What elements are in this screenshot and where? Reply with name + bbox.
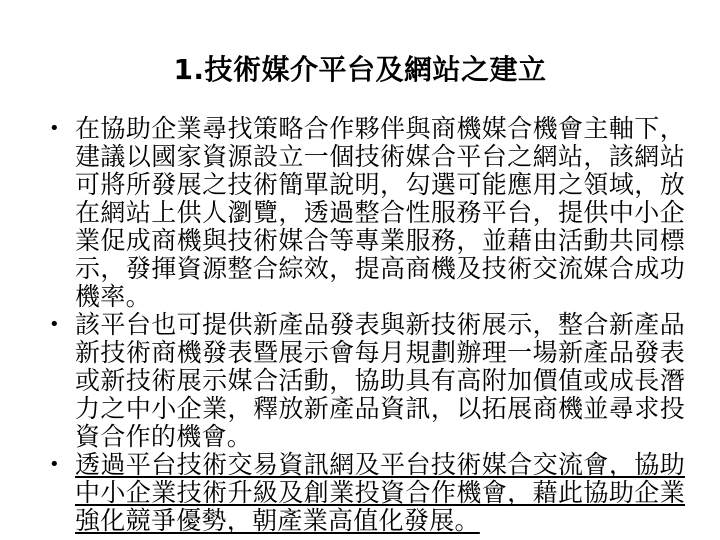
slide-title: 1.技術媒介平台及網站之建立 <box>0 0 720 88</box>
bullet-list: • 在協助企業尋找策略合作夥伴與商機媒合機會主軸下，建議以國家資源設立一個技術媒… <box>0 115 685 535</box>
bullet-icon: • <box>49 115 60 143</box>
slide: 1.技術媒介平台及網站之建立 • 在協助企業尋找策略合作夥伴與商機媒合機會主軸下… <box>0 0 720 540</box>
bullet-item: • 在協助企業尋找策略合作夥伴與商機媒合機會主軸下，建議以國家資源設立一個技術媒… <box>47 115 685 311</box>
bullet-icon: • <box>49 311 60 339</box>
bullet-text: 在協助企業尋找策略合作夥伴與商機媒合機會主軸下，建議以國家資源設立一個技術媒合平… <box>75 114 685 311</box>
bullet-text: 該平台也可提供新產品發表與新技術展示，整合新產品新技術商機發表暨展示會每月規劃辦… <box>75 310 685 451</box>
bullet-text: 透過平台技術交易資訊網及平台技術媒合交流會，協助中小企業技術升級及創業投資合作機… <box>75 450 685 535</box>
bullet-item: • 該平台也可提供新產品發表與新技術展示，整合新產品新技術商機發表暨展示會每月規… <box>47 311 685 451</box>
bullet-icon: • <box>49 451 60 479</box>
bullet-item: • 透過平台技術交易資訊網及平台技術媒合交流會，協助中小企業技術升級及創業投資合… <box>47 451 685 535</box>
